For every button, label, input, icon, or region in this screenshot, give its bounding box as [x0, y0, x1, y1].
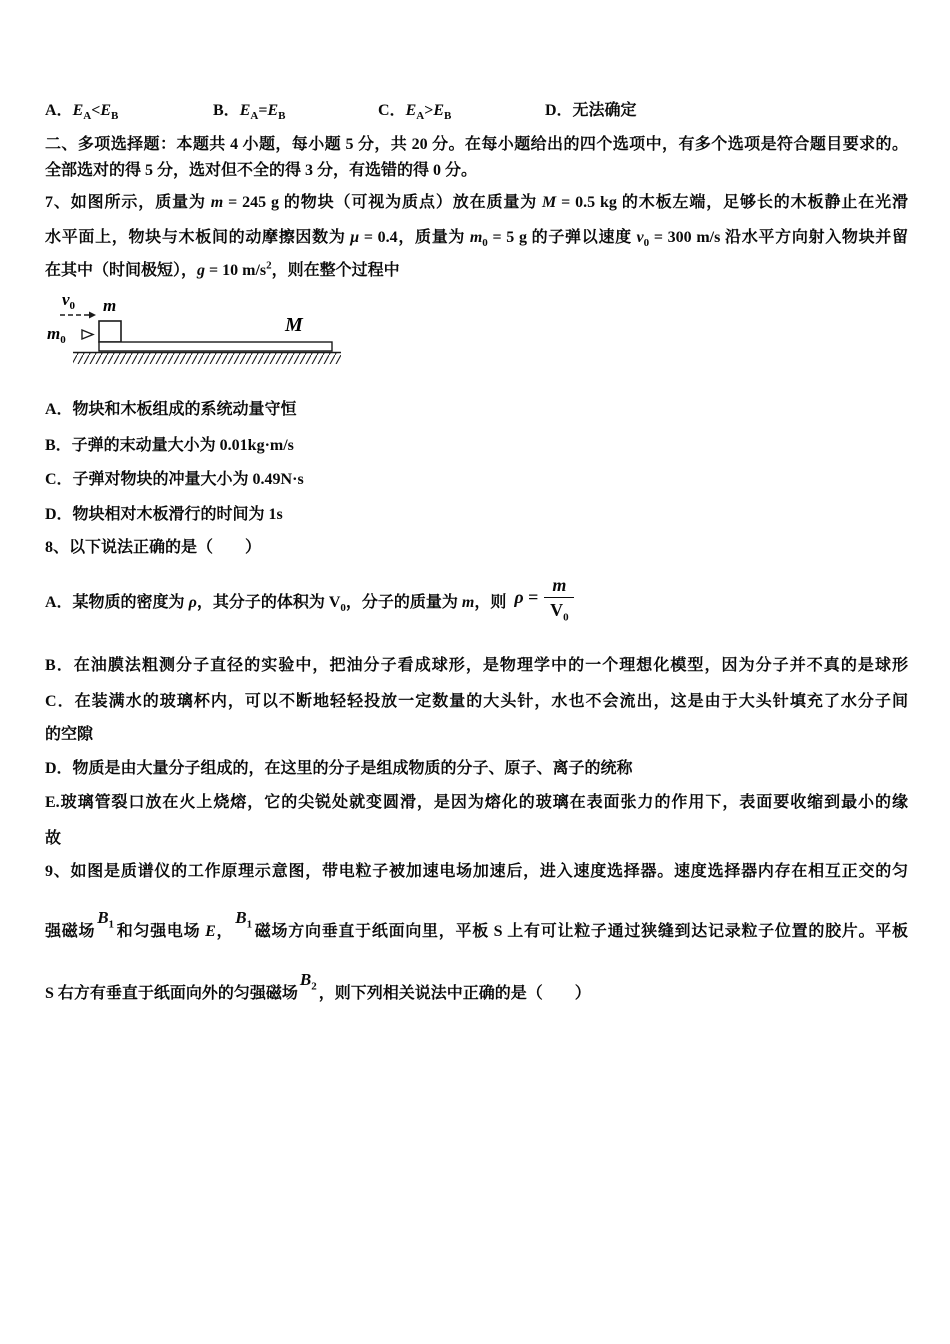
prev-option-a: A．EA<EB — [45, 98, 118, 124]
q7-stem-line2: 水平面上，物块与木板间的动摩擦因数为 μ = 0.4，质量为 m0 = 5 g … — [45, 225, 908, 251]
formula-fraction: m V0 — [544, 574, 574, 621]
q7-option-d: D．物块相对木板滑行的时间为 1s — [45, 502, 908, 528]
prev-option-c: C．EA>EB — [378, 98, 451, 124]
bullet-icon — [82, 330, 93, 339]
q8-option-a: A．某物质的密度为 ρ，其分子的体积为 V0，分子的质量为 m，则 ρ = m … — [45, 569, 908, 637]
prev-question-options-row: A．EA<EB B．EA=EB C．EA>EB D．无法确定 — [45, 98, 908, 124]
q7-stem-line1: 7、如图所示，质量为 m = 245 g 的物块（可视为质点）放在质量为 M =… — [45, 190, 908, 216]
velocity-label: v0 — [62, 290, 76, 312]
board-shape — [99, 342, 332, 351]
q8-option-c-line1: C．在装满水的玻璃杯内，可以不断地轻轻投放一定数量的大头针，水也不会流出，这是由… — [45, 689, 908, 715]
q8-option-c-line2: 的空隙 — [45, 722, 908, 748]
q9-stem-line2: 强磁场B1和匀强电场 E，B1磁场方向垂直于纸面向里，平板 S 上有可让粒子通过… — [45, 919, 908, 945]
q9-stem-line3: S 右方有垂直于纸面向外的匀强磁场B2，则下列相关说法中正确的是（ ） — [45, 981, 908, 1007]
prev-option-d: D．无法确定 — [545, 98, 637, 124]
q8-option-a-text: A．某物质的密度为 ρ，其分子的体积为 V0，分子的质量为 m，则 — [45, 590, 506, 616]
velocity-arrowhead — [89, 312, 96, 319]
ground-hatching — [73, 353, 341, 364]
q8-option-b: B．在油膜法粗测分子直径的实验中，把油分子看成球形，是物理学中的一个理想化模型，… — [45, 653, 908, 679]
section2-heading-line2: 全部选对的得 5 分，选对但不全的得 3 分，有选错的得 0 分。 — [45, 158, 908, 184]
bullet-label: m0 — [47, 324, 66, 346]
q8-option-d: D．物质是由大量分子组成的，在这里的分子是组成物质的分子、原子、离子的统称 — [45, 756, 908, 782]
formula-lhs: ρ = — [514, 587, 538, 608]
bullet-block-board-diagram: v0 m0 m M — [47, 289, 347, 374]
section2-heading-line1: 二、多项选择题：本题共 4 小题，每小题 5 分，共 20 分。在每小题给出的四… — [45, 132, 908, 158]
q7-stem-line3: 在其中（时间极短），g = 10 m/s2，则在整个过程中 — [45, 258, 908, 284]
block-shape — [99, 321, 121, 342]
formula-numerator: m — [544, 574, 574, 598]
exam-page: A．EA<EB B．EA=EB C．EA>EB D．无法确定 二、多项选择题：本… — [0, 0, 950, 1344]
q7-option-b: B．子弹的末动量大小为 0.01kg·m/s — [45, 433, 908, 459]
q7-figure: v0 m0 m M — [47, 289, 908, 374]
prev-option-b: B．EA=EB — [213, 98, 285, 124]
density-formula: ρ = m V0 — [514, 574, 574, 621]
q8-option-e-line1: E.玻璃管裂口放在火上烧熔，它的尖锐处就变圆滑，是因为熔化的玻璃在表面张力的作用… — [45, 790, 908, 816]
q7-option-c: C．子弹对物块的冲量大小为 0.49N·s — [45, 467, 908, 493]
q8-stem: 8、以下说法正确的是（ ） — [45, 535, 908, 561]
q9-stem-line1: 9、如图是质谱仪的工作原理示意图，带电粒子被加速电场加速后，进入速度选择器。速度… — [45, 859, 908, 885]
q8-option-e-line2: 故 — [45, 826, 908, 852]
q7-option-a: A．物块和木板组成的系统动量守恒 — [45, 397, 908, 423]
board-label: M — [284, 314, 304, 336]
block-label: m — [103, 296, 116, 315]
formula-denominator: V0 — [544, 598, 574, 621]
